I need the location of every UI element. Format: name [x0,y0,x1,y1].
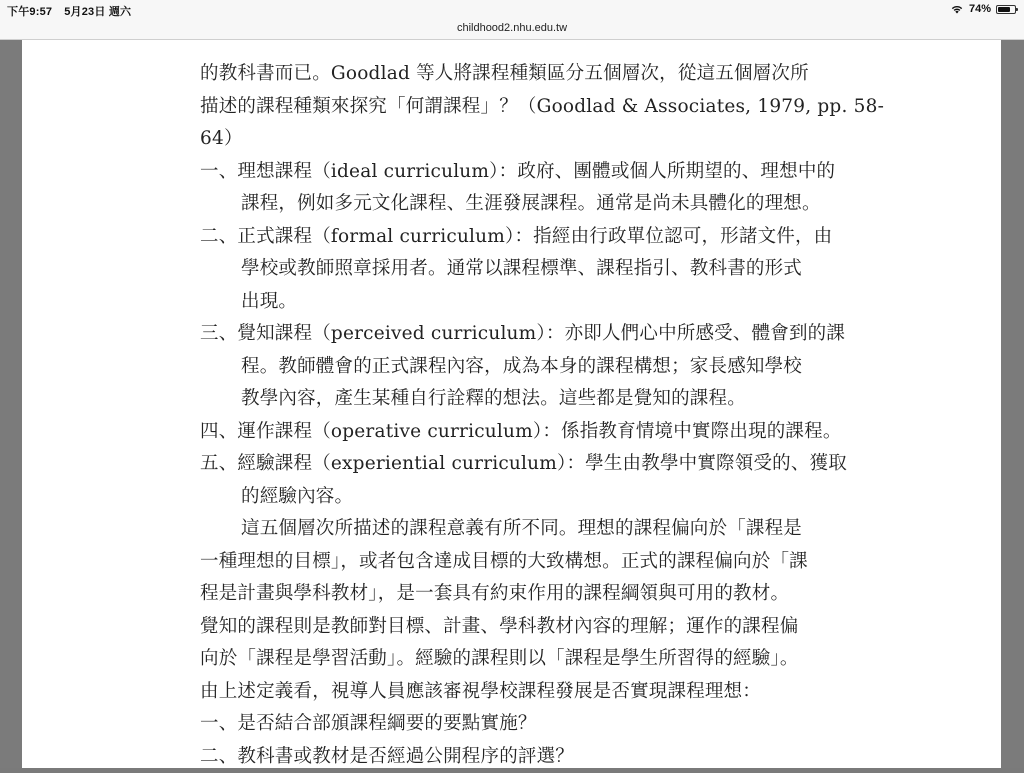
status-time-date: 下午9:575月23日 週六 [7,3,143,19]
document-line: 三、覺知課程（perceived curriculum）：亦即人們心中所感受、體… [200,318,870,351]
document-line: 五、經驗課程（experiential curriculum）：學生由教學中實際… [200,448,870,481]
document-line: 覺知的課程則是教師對目標、計畫、學科教材內容的理解；運作的課程偏 [200,611,870,644]
document-line: 一、是否結合部頒課程綱要的要點實施？ [200,708,870,741]
document-line: 一種理想的目標」，或者包含達成目標的大致構想。正式的課程偏向於「課 [200,546,870,579]
document-line: 學校或教師照章採用者。通常以課程標準、課程指引、教科書的形式 [200,253,870,286]
battery-percent: 74% [969,3,991,15]
document-text: 的教科書而已。Goodlad 等人將課程種類區分五個層次，從這五個層次所描述的課… [200,58,870,768]
document-line: 程是計畫與學科教材」，是一套具有約束作用的課程綱領與可用的教材。 [200,578,870,611]
wifi-icon [950,4,964,14]
battery-icon [996,5,1016,14]
document-line: 64） [200,123,870,156]
document-line: 由上述定義看，視導人員應該審視學校課程發展是否實現課程理想： [200,676,870,709]
document-line: 這五個層次所描述的課程意義有所不同。理想的課程偏向於「課程是 [200,513,870,546]
url-bar[interactable]: childhood2.nhu.edu.tw [0,20,1024,40]
pdf-viewer[interactable]: 的教科書而已。Goodlad 等人將課程種類區分五個層次，從這五個層次所描述的課… [0,40,1024,768]
document-line: 教學內容，產生某種自行詮釋的想法。這些都是覺知的課程。 [200,383,870,416]
document-line: 四、運作課程（operative curriculum）：係指教育情境中實際出現… [200,416,870,449]
document-line: 程。教師體會的正式課程內容，成為本身的課程構想；家長感知學校 [200,351,870,384]
status-time: 下午9:57 [7,6,52,18]
document-line: 課程，例如多元文化課程、生涯發展課程。通常是尚未具體化的理想。 [200,188,870,221]
status-indicators: 74% [950,3,1016,15]
pdf-page: 的教科書而已。Goodlad 等人將課程種類區分五個層次，從這五個層次所描述的課… [22,40,1001,768]
document-line: 向於「課程是學習活動」。經驗的課程則以「課程是學生所習得的經驗」。 [200,643,870,676]
document-line: 二、正式課程（formal curriculum）：指經由行政單位認可，形諸文件… [200,221,870,254]
document-line: 的教科書而已。Goodlad 等人將課程種類區分五個層次，從這五個層次所 [200,58,870,91]
document-line: 描述的課程種類來探究「何謂課程」？（Goodlad & Associates, … [200,91,870,124]
document-line: 二、教科書或教材是否經過公開程序的評選？ [200,741,870,769]
document-line: 出現。 [200,286,870,319]
ios-status-bar: 下午9:575月23日 週六 74% [0,0,1024,20]
document-line: 的經驗內容。 [200,481,870,514]
url-text[interactable]: childhood2.nhu.edu.tw [457,22,567,34]
document-line: 一、理想課程（ideal curriculum）：政府、團體或個人所期望的、理想… [200,156,870,189]
status-date: 5月23日 週六 [64,6,131,18]
